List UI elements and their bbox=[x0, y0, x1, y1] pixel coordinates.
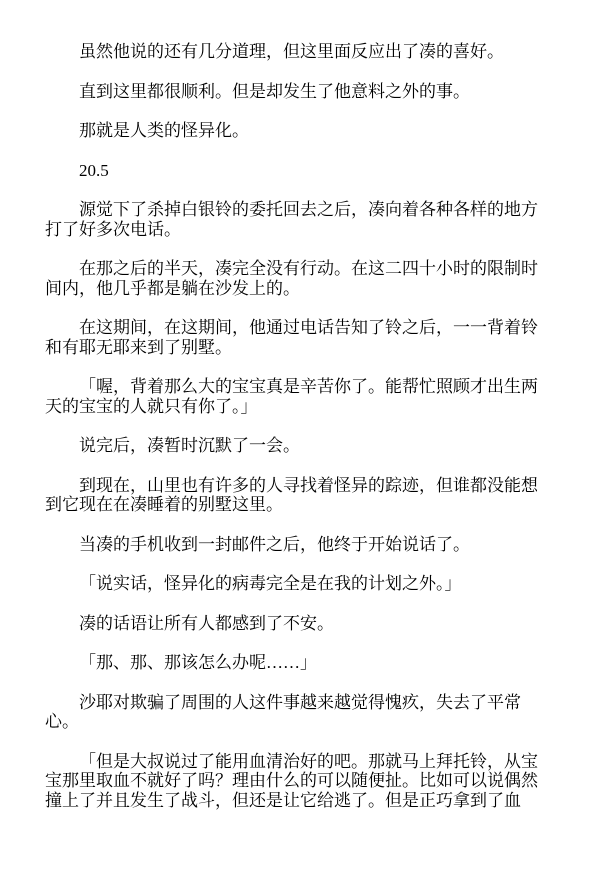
paragraph: 直到这里都很顺利。但是却发生了他意料之外的事。 bbox=[45, 82, 540, 102]
paragraph: 「但是大叔说过了能用血清治好的吧。那就马上拜托铃，从宝宝那里取血不就好了吗？理由… bbox=[45, 752, 540, 811]
paragraph: 在这期间，在这期间，他通过电话告知了铃之后，一一背着铃和有耶无耶来到了别墅。 bbox=[45, 318, 540, 357]
paragraph: 那就是人类的怪异化。 bbox=[45, 121, 540, 141]
paragraph: 当凑的手机收到一封邮件之后，他终于开始说话了。 bbox=[45, 535, 540, 555]
paragraph: 「说实话，怪异化的病毒完全是在我的计划之外。」 bbox=[45, 574, 540, 594]
paragraph: 虽然他说的还有几分道理，但这里面反应出了凑的喜好。 bbox=[45, 42, 540, 62]
paragraph: 「喔，背着那么大的宝宝真是辛苦你了。能帮忙照顾才出生两天的宝宝的人就只有你了。」 bbox=[45, 377, 540, 416]
paragraph: 沙耶对欺骗了周围的人这件事越来越觉得愧疚，失去了平常心。 bbox=[45, 693, 540, 732]
document-page: 虽然他说的还有几分道理，但这里面反应出了凑的喜好。直到这里都很顺利。但是却发生了… bbox=[0, 0, 613, 869]
document-body: 虽然他说的还有几分道理，但这里面反应出了凑的喜好。直到这里都很顺利。但是却发生了… bbox=[45, 42, 540, 830]
paragraph: 凑的话语让所有人都感到了不安。 bbox=[45, 614, 540, 634]
paragraph: 源觉下了杀掉白银铃的委托回去之后，凑向着各种各样的地方打了好多次电话。 bbox=[45, 200, 540, 239]
section-number: 20.5 bbox=[45, 161, 540, 181]
paragraph: 到现在，山里也有许多的人寻找着怪异的踪迹，但谁都没能想到它现在在凑睡着的别墅这里… bbox=[45, 476, 540, 515]
paragraph: 在那之后的半天，凑完全没有行动。在这二四十小时的限制时间内，他几乎都是躺在沙发上… bbox=[45, 259, 540, 298]
paragraph: 说完后，凑暂时沉默了一会。 bbox=[45, 436, 540, 456]
paragraph: 「那、那、那该怎么办呢……」 bbox=[45, 653, 540, 673]
